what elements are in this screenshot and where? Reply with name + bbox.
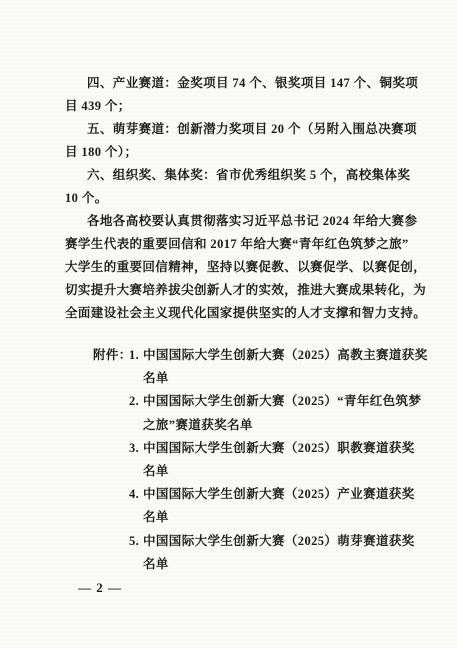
attachment-5-line-1: 中国国际大学生创新大赛（2025）萌芽赛道获奖 [143, 530, 423, 553]
attachment-1-line-1: 中国国际大学生创新大赛（2025）高教主赛道获奖 [143, 344, 423, 367]
page-number: — 2 — [78, 579, 122, 596]
attachment-4-line-1: 中国国际大学生创新大赛（2025）产业赛道获奖 [143, 483, 423, 506]
attachment-item-3: 3. 中国国际大学生创新大赛（2025）职教赛道获奖 名单 [93, 437, 423, 483]
attachment-number-4: 4. [129, 483, 139, 506]
paragraph-line-spirit-4: 切实提升大赛培养拔尖创新人才的实效，推进大赛成果转化，为 [65, 279, 410, 302]
paragraph-line-track6-cont: 10 个。 [65, 187, 410, 210]
attachment-2-line-2: 之旅”赛道获奖名单 [143, 414, 423, 437]
attachment-3-line-1: 中国国际大学生创新大赛（2025）职教赛道获奖 [143, 437, 423, 460]
paragraph-line-spirit-1: 各地各高校要认真贯彻落实习近平总书记 2024 年给大赛参 [65, 210, 410, 233]
paragraph-line-spirit-3: 大学生的重要回信精神，坚持以赛促教、以赛促学、以赛促创， [65, 256, 410, 279]
paragraph-line-track5-cont: 目 180 个）； [65, 141, 410, 164]
attachment-number-1: 1. [129, 344, 139, 367]
attachment-3-line-2: 名单 [143, 460, 423, 483]
paragraph-line-track5: 五、萌芽赛道：创新潜力奖项目 20 个（另附入围总决赛项 [65, 118, 410, 141]
document-page: 四、产业赛道：金奖项目 74 个、银奖项目 147 个、铜奖项 目 439 个；… [0, 0, 457, 648]
paragraph-line-track4: 四、产业赛道：金奖项目 74 个、银奖项目 147 个、铜奖项 [65, 72, 410, 95]
attachment-item-2: 2. 中国国际大学生创新大赛（2025）“青年红色筑梦 之旅”赛道获奖名单 [93, 390, 423, 436]
attachment-label: 附件： [93, 344, 132, 367]
attachment-number-2: 2. [129, 390, 139, 413]
attachment-list: 附件： 1. 中国国际大学生创新大赛（2025）高教主赛道获奖 名单 2. 中国… [93, 344, 423, 576]
attachment-1-line-2: 名单 [143, 367, 423, 390]
attachment-4-line-2: 名单 [143, 506, 423, 529]
attachment-number-5: 5. [129, 530, 139, 553]
paragraph-line-track6: 六、组织奖、集体奖：省市优秀组织奖 5 个，高校集体奖 [65, 164, 410, 187]
paragraph-line-track4-cont: 目 439 个； [65, 95, 410, 118]
attachment-2-line-1: 中国国际大学生创新大赛（2025）“青年红色筑梦 [143, 390, 423, 413]
document-body: 四、产业赛道：金奖项目 74 个、银奖项目 147 个、铜奖项 目 439 个；… [65, 72, 410, 325]
attachment-number-3: 3. [129, 437, 139, 460]
paragraph-line-spirit-5: 全面建设社会主义现代化国家提供坚实的人才支撑和智力支持。 [65, 302, 410, 325]
attachment-item-1: 附件： 1. 中国国际大学生创新大赛（2025）高教主赛道获奖 名单 [93, 344, 423, 390]
attachment-item-5: 5. 中国国际大学生创新大赛（2025）萌芽赛道获奖 名单 [93, 530, 423, 576]
attachment-item-4: 4. 中国国际大学生创新大赛（2025）产业赛道获奖 名单 [93, 483, 423, 529]
attachment-5-line-2: 名单 [143, 553, 423, 576]
paragraph-line-spirit-2: 赛学生代表的重要回信和 2017 年给大赛“青年红色筑梦之旅” [65, 233, 410, 256]
